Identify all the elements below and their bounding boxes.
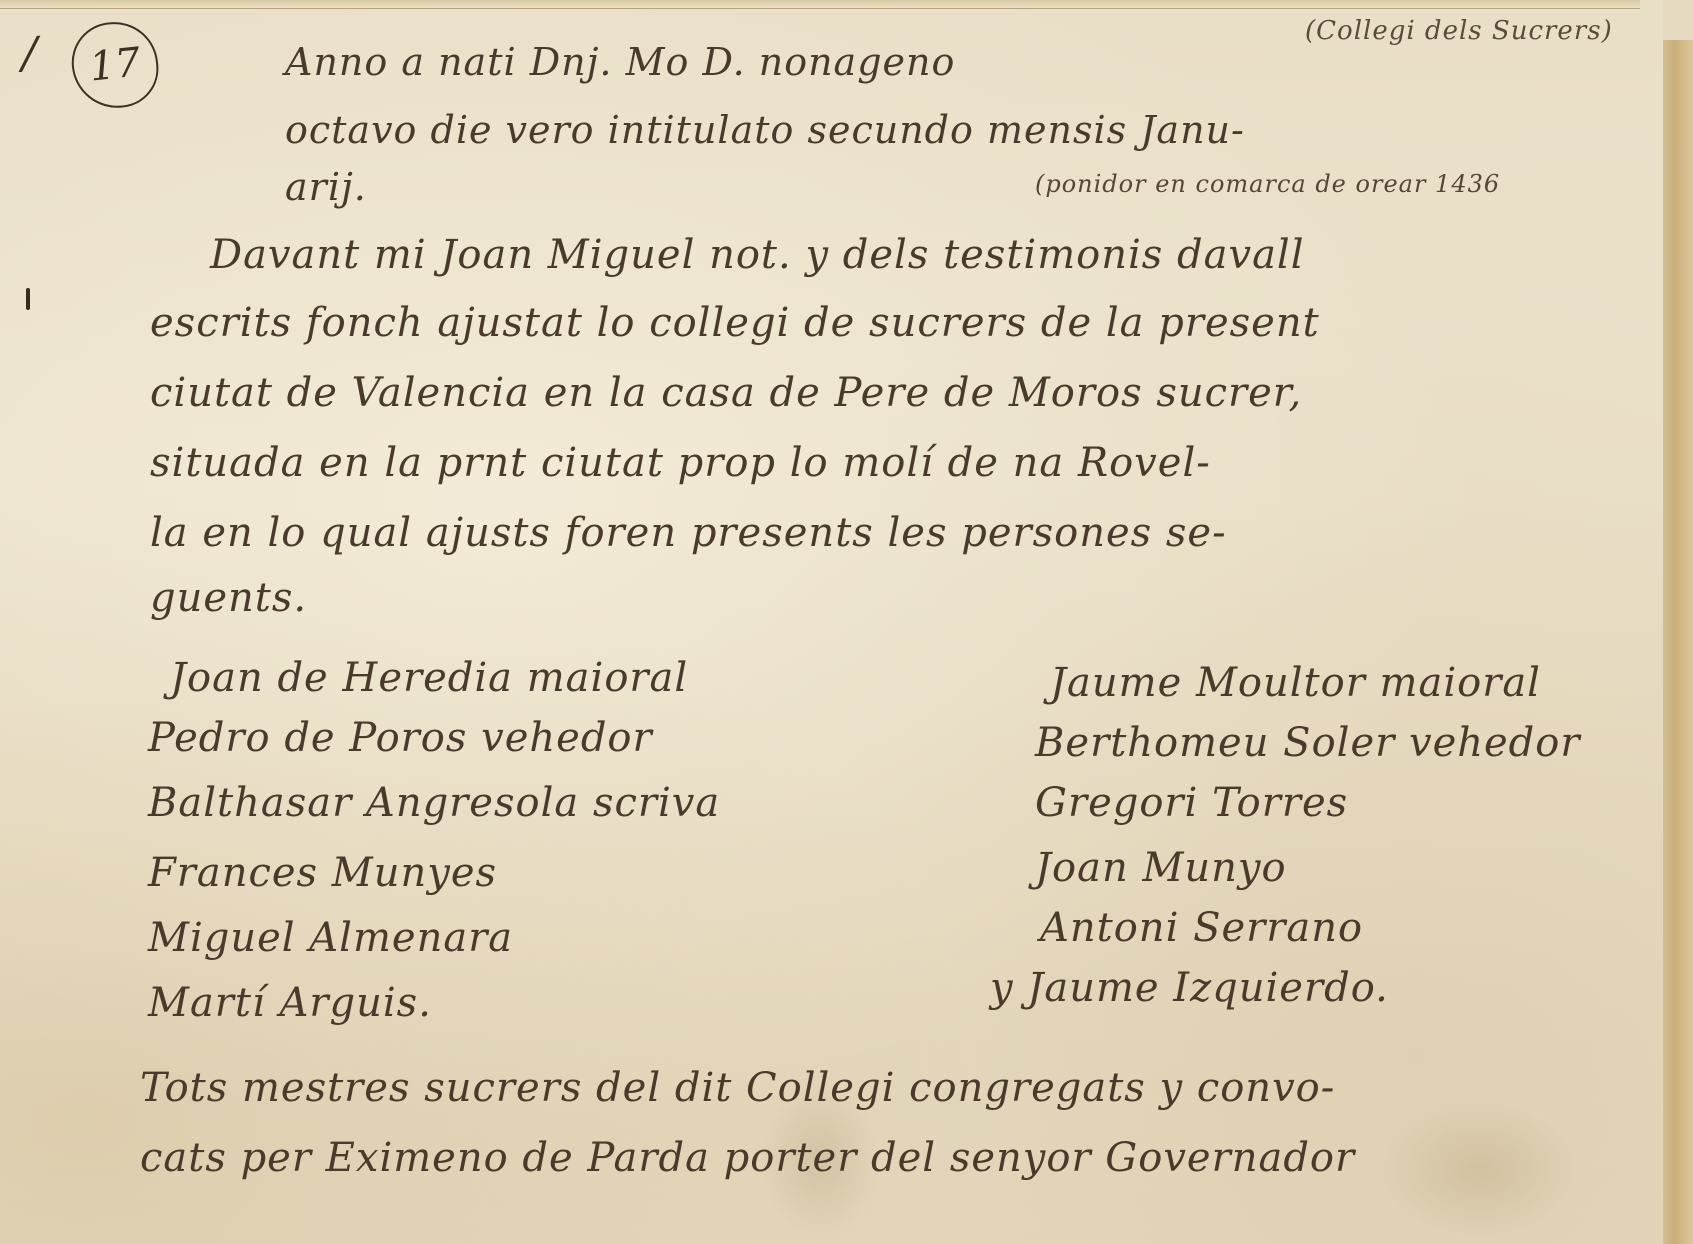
body-line-6: guents. xyxy=(150,575,307,621)
attendee-right-5: Antoni Serrano xyxy=(1040,905,1363,951)
attendee-right-3: Gregori Torres xyxy=(1035,780,1348,826)
binding-edge-top xyxy=(1663,0,1693,40)
margin-mark xyxy=(26,288,30,310)
page-top-edge xyxy=(0,0,1640,9)
attendee-right-6: y Jaume Izquierdo. xyxy=(990,965,1389,1011)
attendee-left-2: Pedro de Poros vehedor xyxy=(148,715,653,761)
body-line-3: ciutat de Valencia en la casa de Pere de… xyxy=(150,370,1302,416)
closing-line-2: cats per Eximeno de Parda porter del sen… xyxy=(140,1135,1355,1181)
attendee-left-4: Frances Munyes xyxy=(148,850,497,896)
folio-number-circled: 17 xyxy=(68,18,163,113)
folio-number: 17 xyxy=(87,39,142,90)
body-line-5: la en lo qual ajusts foren presents les … xyxy=(150,510,1227,556)
body-line-1: Davant mi Joan Miguel not. y dels testim… xyxy=(210,232,1305,278)
header-note: (Collegi dels Sucrers) xyxy=(1305,16,1613,46)
date-line-1: Anno a nati Dnj. Mo D. nonageno xyxy=(285,40,955,84)
closing-line-1: Tots mestres sucrers del dit Collegi con… xyxy=(140,1065,1335,1111)
date-line-2: octavo die vero intitulato secundo mensi… xyxy=(285,108,1245,152)
date-line-3: arij. xyxy=(285,165,367,209)
attendee-right-1: Jaume Moultor maioral xyxy=(1050,660,1541,706)
paper-stain xyxy=(1380,1100,1580,1240)
folio-slash: / xyxy=(22,28,37,79)
attendee-right-2: Berthomeu Soler vehedor xyxy=(1035,720,1580,766)
attendee-left-5: Miguel Almenara xyxy=(148,915,513,961)
attendee-left-3: Balthasar Angresola scriva xyxy=(148,780,720,826)
binding-edge xyxy=(1663,40,1693,1244)
body-line-4: situada en la prnt ciutat prop lo molí d… xyxy=(150,440,1211,486)
manuscript-page: / 17 (Collegi dels Sucrers) Anno a nati … xyxy=(0,0,1666,1244)
body-line-2: escrits fonch ajustat lo collegi de sucr… xyxy=(150,300,1320,346)
attendee-right-4: Joan Munyo xyxy=(1035,845,1287,891)
attendee-left-6: Martí Arguis. xyxy=(148,980,432,1026)
margin-annotation: (ponidor en comarca de orear 1436 xyxy=(1035,170,1500,198)
attendee-left-1: Joan de Heredia maioral xyxy=(170,655,688,701)
